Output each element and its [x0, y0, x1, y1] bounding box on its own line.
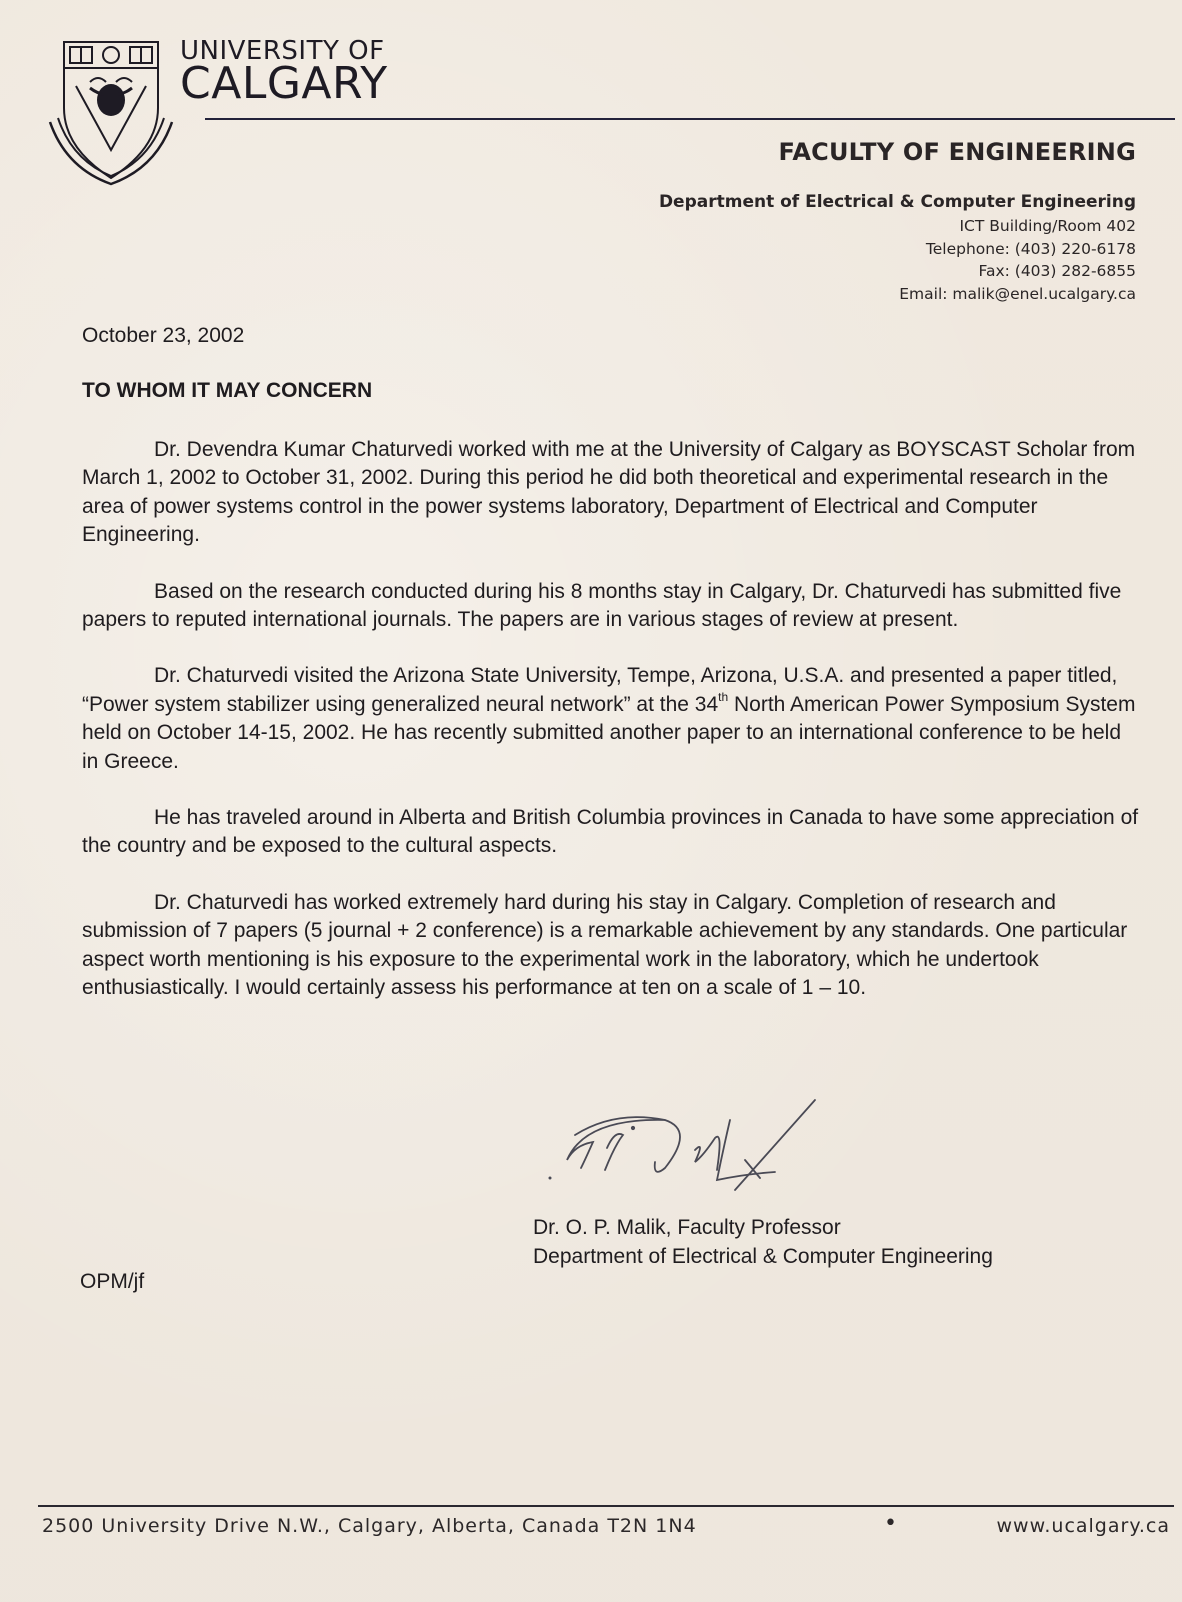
paragraph-4: He has traveled around in Alberta and Br… [82, 804, 1142, 861]
university-name: UNIVERSITY OF CALGARY [180, 38, 388, 106]
signatory-department: Department of Electrical & Computer Engi… [533, 1242, 993, 1271]
paragraph-3: Dr. Chaturvedi visited the Arizona State… [82, 662, 1142, 776]
fax: Fax: (403) 282-6855 [659, 260, 1136, 283]
paragraph-5: Dr. Chaturvedi has worked extremely hard… [82, 889, 1142, 1003]
department-name: Department of Electrical & Computer Engi… [659, 192, 1136, 212]
letter-date: October 23, 2002 [82, 324, 1142, 348]
university-name-line2: CALGARY [180, 62, 388, 106]
ordinal-suffix: th [718, 690, 728, 704]
telephone: Telephone: (403) 220-6178 [659, 238, 1136, 261]
faculty-title: FACULTY OF ENGINEERING [779, 138, 1136, 166]
bullet-separator-icon: • [884, 1511, 898, 1536]
university-crest-icon [46, 38, 176, 188]
header-divider [205, 118, 1175, 120]
paragraph-2: Based on the research conducted during h… [82, 578, 1142, 635]
signatory-name: Dr. O. P. Malik, Faculty Professor [533, 1213, 993, 1242]
footer-address: 2500 University Drive N.W., Calgary, Alb… [42, 1515, 697, 1537]
reference-initials: OPM/jf [80, 1270, 144, 1294]
footer-divider [38, 1505, 1174, 1507]
signatory-block: Dr. O. P. Malik, Faculty Professor Depar… [533, 1213, 993, 1271]
building-room: ICT Building/Room 402 [659, 215, 1136, 238]
footer-website: www.ucalgary.ca [996, 1515, 1170, 1537]
salutation: TO WHOM IT MAY CONCERN [82, 379, 1142, 403]
department-contact-block: Department of Electrical & Computer Engi… [659, 192, 1136, 305]
letter-body: Dr. Devendra Kumar Chaturvedi worked wit… [82, 436, 1142, 1031]
email: Email: malik@enel.ucalgary.ca [659, 283, 1136, 306]
handwritten-signature-icon [545, 1090, 865, 1200]
paragraph-1: Dr. Devendra Kumar Chaturvedi worked wit… [82, 436, 1142, 550]
